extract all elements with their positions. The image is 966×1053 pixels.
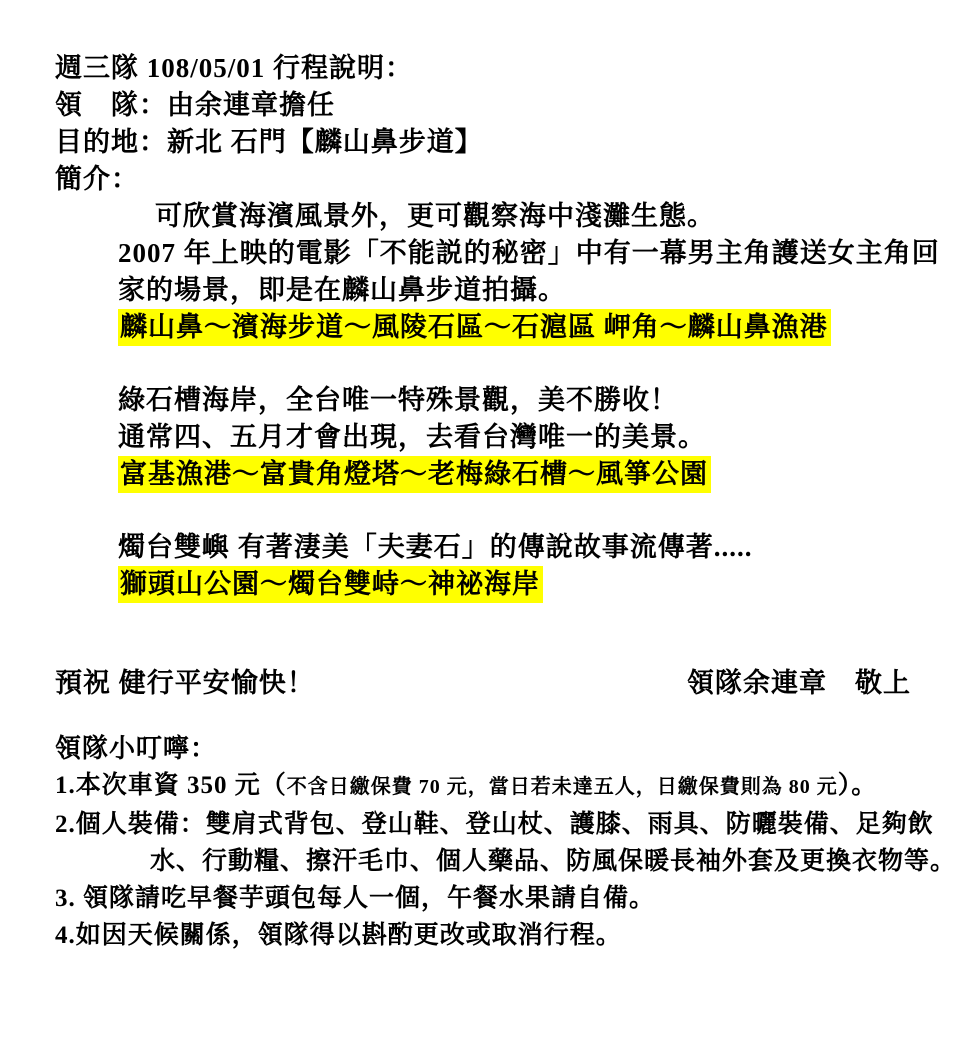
- doc-title: 週三隊 108/05/01 行程說明：: [55, 50, 911, 87]
- destination-line: 目的地：新北 石門【麟山鼻步道】: [55, 124, 911, 161]
- note-1-fine-print: 不含日繳保費 70 元，當日若未達五人，日繳保費則為 80 元: [287, 776, 838, 798]
- route-line-3-wrap: 獅頭山公園～燭台雙峙～神祕海岸: [55, 566, 911, 603]
- trip-notice-document: 週三隊 108/05/01 行程說明： 領 隊：由余連章擔任 目的地：新北 石門…: [0, 0, 966, 954]
- route-highlight-1: 麟山鼻～濱海步道～風陵石區～石滬區 岬角～麟山鼻漁港: [118, 309, 831, 346]
- closing-row: 預祝 健行平安愉快！ 領隊余連章 敬上: [55, 665, 911, 702]
- notes-heading: 領隊小叮嚀：: [55, 730, 911, 767]
- blank-line: [55, 493, 911, 529]
- blank-line: [55, 346, 911, 382]
- candlestick-line: 燭台雙嶼 有著淒美「夫妻石」的傳說故事流傳著.....: [55, 529, 911, 566]
- route-line-1-wrap: 麟山鼻～濱海步道～風陵石區～石滬區 岬角～麟山鼻漁港: [55, 309, 911, 346]
- green-stone-line-1: 綠石槽海岸，全台唯一特殊景觀，美不勝收！: [55, 382, 911, 419]
- intro-line-3: 家的場景，即是在麟山鼻步道拍攝。: [55, 272, 911, 309]
- intro-line-2: 2007 年上映的電影「不能説的秘密」中有一幕男主角護送女主角回: [55, 235, 911, 272]
- closing-wish: 預祝 健行平安愉快！: [55, 665, 315, 702]
- intro-line-1: 可欣賞海濱風景外，更可觀察海中淺灘生態。: [55, 198, 911, 235]
- note-1-suffix: ）。: [838, 772, 878, 799]
- intro-label: 簡介：: [55, 161, 911, 198]
- leader-line: 領 隊：由余連章擔任: [55, 87, 911, 124]
- route-line-2-wrap: 富基漁港～富貴角燈塔～老梅綠石槽～風箏公園: [55, 456, 911, 493]
- note-1-prefix: 1.本次車資 350 元（: [55, 772, 287, 799]
- note-item-3: 3. 領隊請吃早餐芋頭包每人一個，午餐水果請自備。: [55, 880, 911, 917]
- note-item-1: 1.本次車資 350 元（不含日繳保費 70 元，當日若未達五人，日繳保費則為 …: [55, 767, 911, 806]
- route-highlight-3: 獅頭山公園～燭台雙峙～神祕海岸: [118, 566, 543, 603]
- note-item-2-line-2: 水、行動糧、擦汗毛巾、個人藥品、防風保暖長袖外套及更換衣物等。: [55, 843, 911, 880]
- note-item-2-line-1: 2.個人裝備：雙肩式背包、登山鞋、登山杖、護膝、雨具、防曬裝備、足夠飲: [55, 806, 911, 843]
- route-highlight-2: 富基漁港～富貴角燈塔～老梅綠石槽～風箏公園: [118, 456, 711, 493]
- note-item-4: 4.如因天候關係，領隊得以斟酌更改或取消行程。: [55, 917, 911, 954]
- closing-signature: 領隊余連章 敬上: [687, 665, 911, 702]
- green-stone-line-2: 通常四、五月才會出現，去看台灣唯一的美景。: [55, 419, 911, 456]
